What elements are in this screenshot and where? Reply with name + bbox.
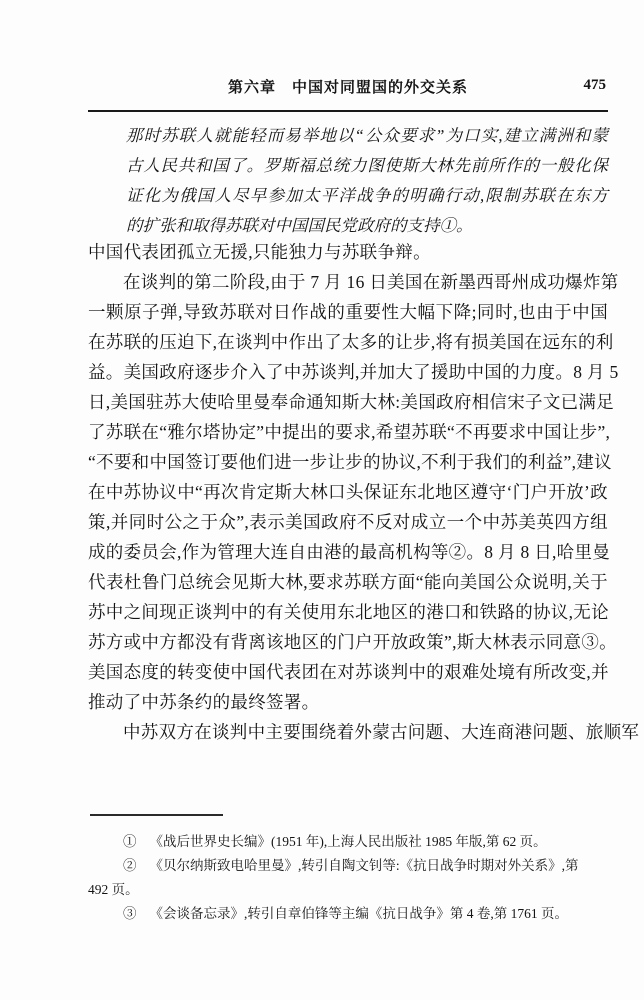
- body-line: 成的委员会,作为管理大连自由港的最高机构等②。8 月 8 日,哈里曼: [88, 537, 608, 567]
- body-text: 中国代表团孤立无援,只能独力与苏联争辩。 在谈判的第二阶段,由于 7 月 16 …: [88, 237, 608, 747]
- book-page: 第六章 中国对同盟国的外交关系 475 那时苏联人就能轻而易举地以“公众要求”为…: [0, 0, 644, 1000]
- body-line: 美国态度的转变使中国代表团在对苏谈判中的艰难处境有所改变,并: [88, 657, 608, 687]
- quote-block: 那时苏联人就能轻而易举地以“公众要求”为口实,建立满洲和蒙 古人民共和国了。罗斯…: [126, 121, 608, 241]
- body-line: 在谈判的第二阶段,由于 7 月 16 日美国在新墨西哥州成功爆炸第: [88, 267, 608, 297]
- body-line: 在中苏协议中“再次肯定斯大林口头保证东北地区遵守‘门户开放’政: [88, 477, 608, 507]
- page-number: 475: [584, 77, 607, 94]
- footnote-marker-1: ①: [123, 830, 137, 854]
- body-line: 推动了中苏条约的最终签署。: [88, 687, 608, 717]
- body-line: 了苏联在“雅尔塔协定”中提出的要求,希望苏联“不再要求中国让步”,: [88, 417, 608, 447]
- header-rule: [88, 110, 608, 112]
- footnote-2: ②《贝尔纳斯致电哈里曼》,转引自陶文钊等:《抗日战争时期对外关系》,第: [88, 854, 612, 878]
- quote-line: 证化为俄国人尽早参加太平洋战争的明确行动,限制苏联在东方: [126, 181, 608, 211]
- body-line: 苏中之间现正谈判中的有关使用东北地区的港口和铁路的协议,无论: [88, 597, 608, 627]
- footnote-text: 《战后世界史长编》(1951 年),上海人民出版社 1985 年版,第 62 页…: [150, 834, 547, 849]
- footnote-text: 《会谈备忘录》,转引自章伯锋等主编《抗日战争》第 4 卷,第 1761 页。: [150, 906, 569, 921]
- running-head: 第六章 中国对同盟国的外交关系 475: [88, 76, 608, 98]
- body-line: 中国代表团孤立无援,只能独力与苏联争辩。: [88, 237, 608, 267]
- body-line: “不要和中国签订要他们进一步让步的协议,不利于我们的利益”,建议: [88, 447, 608, 477]
- chapter-title: 第六章 中国对同盟国的外交关系: [88, 76, 608, 97]
- footnote-2-continuation: 492 页。: [88, 878, 612, 902]
- footnote-3: ③《会谈备忘录》,转引自章伯锋等主编《抗日战争》第 4 卷,第 1761 页。: [88, 902, 612, 926]
- body-line: 苏方或中方都没有背离该地区的门户开放政策”,斯大林表示同意③。: [88, 627, 608, 657]
- body-line: 策,并同时公之于众”,表示美国政府不反对成立一个中苏美英四方组: [88, 507, 608, 537]
- quote-line: 古人民共和国了。罗斯福总统力图使斯大林先前所作的一般化保: [126, 151, 608, 181]
- body-line: 益。美国政府逐步介入了中苏谈判,并加大了援助中国的力度。8 月 5: [88, 357, 608, 387]
- body-line: 在苏联的压迫下,在谈判中作出了太多的让步,将有损美国在远东的利: [88, 327, 608, 357]
- footnote-1: ①《战后世界史长编》(1951 年),上海人民出版社 1985 年版,第 62 …: [88, 830, 612, 854]
- body-line: 日,美国驻苏大使哈里曼奉命通知斯大林:美国政府相信宋子文已满足: [88, 387, 608, 417]
- quote-line: 那时苏联人就能轻而易举地以“公众要求”为口实,建立满洲和蒙: [126, 121, 608, 151]
- footnote-text: 492 页。: [88, 882, 139, 897]
- body-line: 一颗原子弹,导致苏联对日作战的重要性大幅下降;同时,也由于中国: [88, 297, 608, 327]
- footnote-block: ①《战后世界史长编》(1951 年),上海人民出版社 1985 年版,第 62 …: [88, 830, 612, 926]
- footnote-marker-2: ②: [123, 854, 137, 878]
- footnote-text: 《贝尔纳斯致电哈里曼》,转引自陶文钊等:《抗日战争时期对外关系》,第: [150, 858, 579, 873]
- footnote-divider: [90, 814, 223, 816]
- body-line: 中苏双方在谈判中主要围绕着外蒙古问题、大连商港问题、旅顺军: [88, 717, 608, 747]
- footnote-marker-3: ③: [123, 902, 137, 926]
- body-line: 代表杜鲁门总统会见斯大林,要求苏联方面“能向美国公众说明,关于: [88, 567, 608, 597]
